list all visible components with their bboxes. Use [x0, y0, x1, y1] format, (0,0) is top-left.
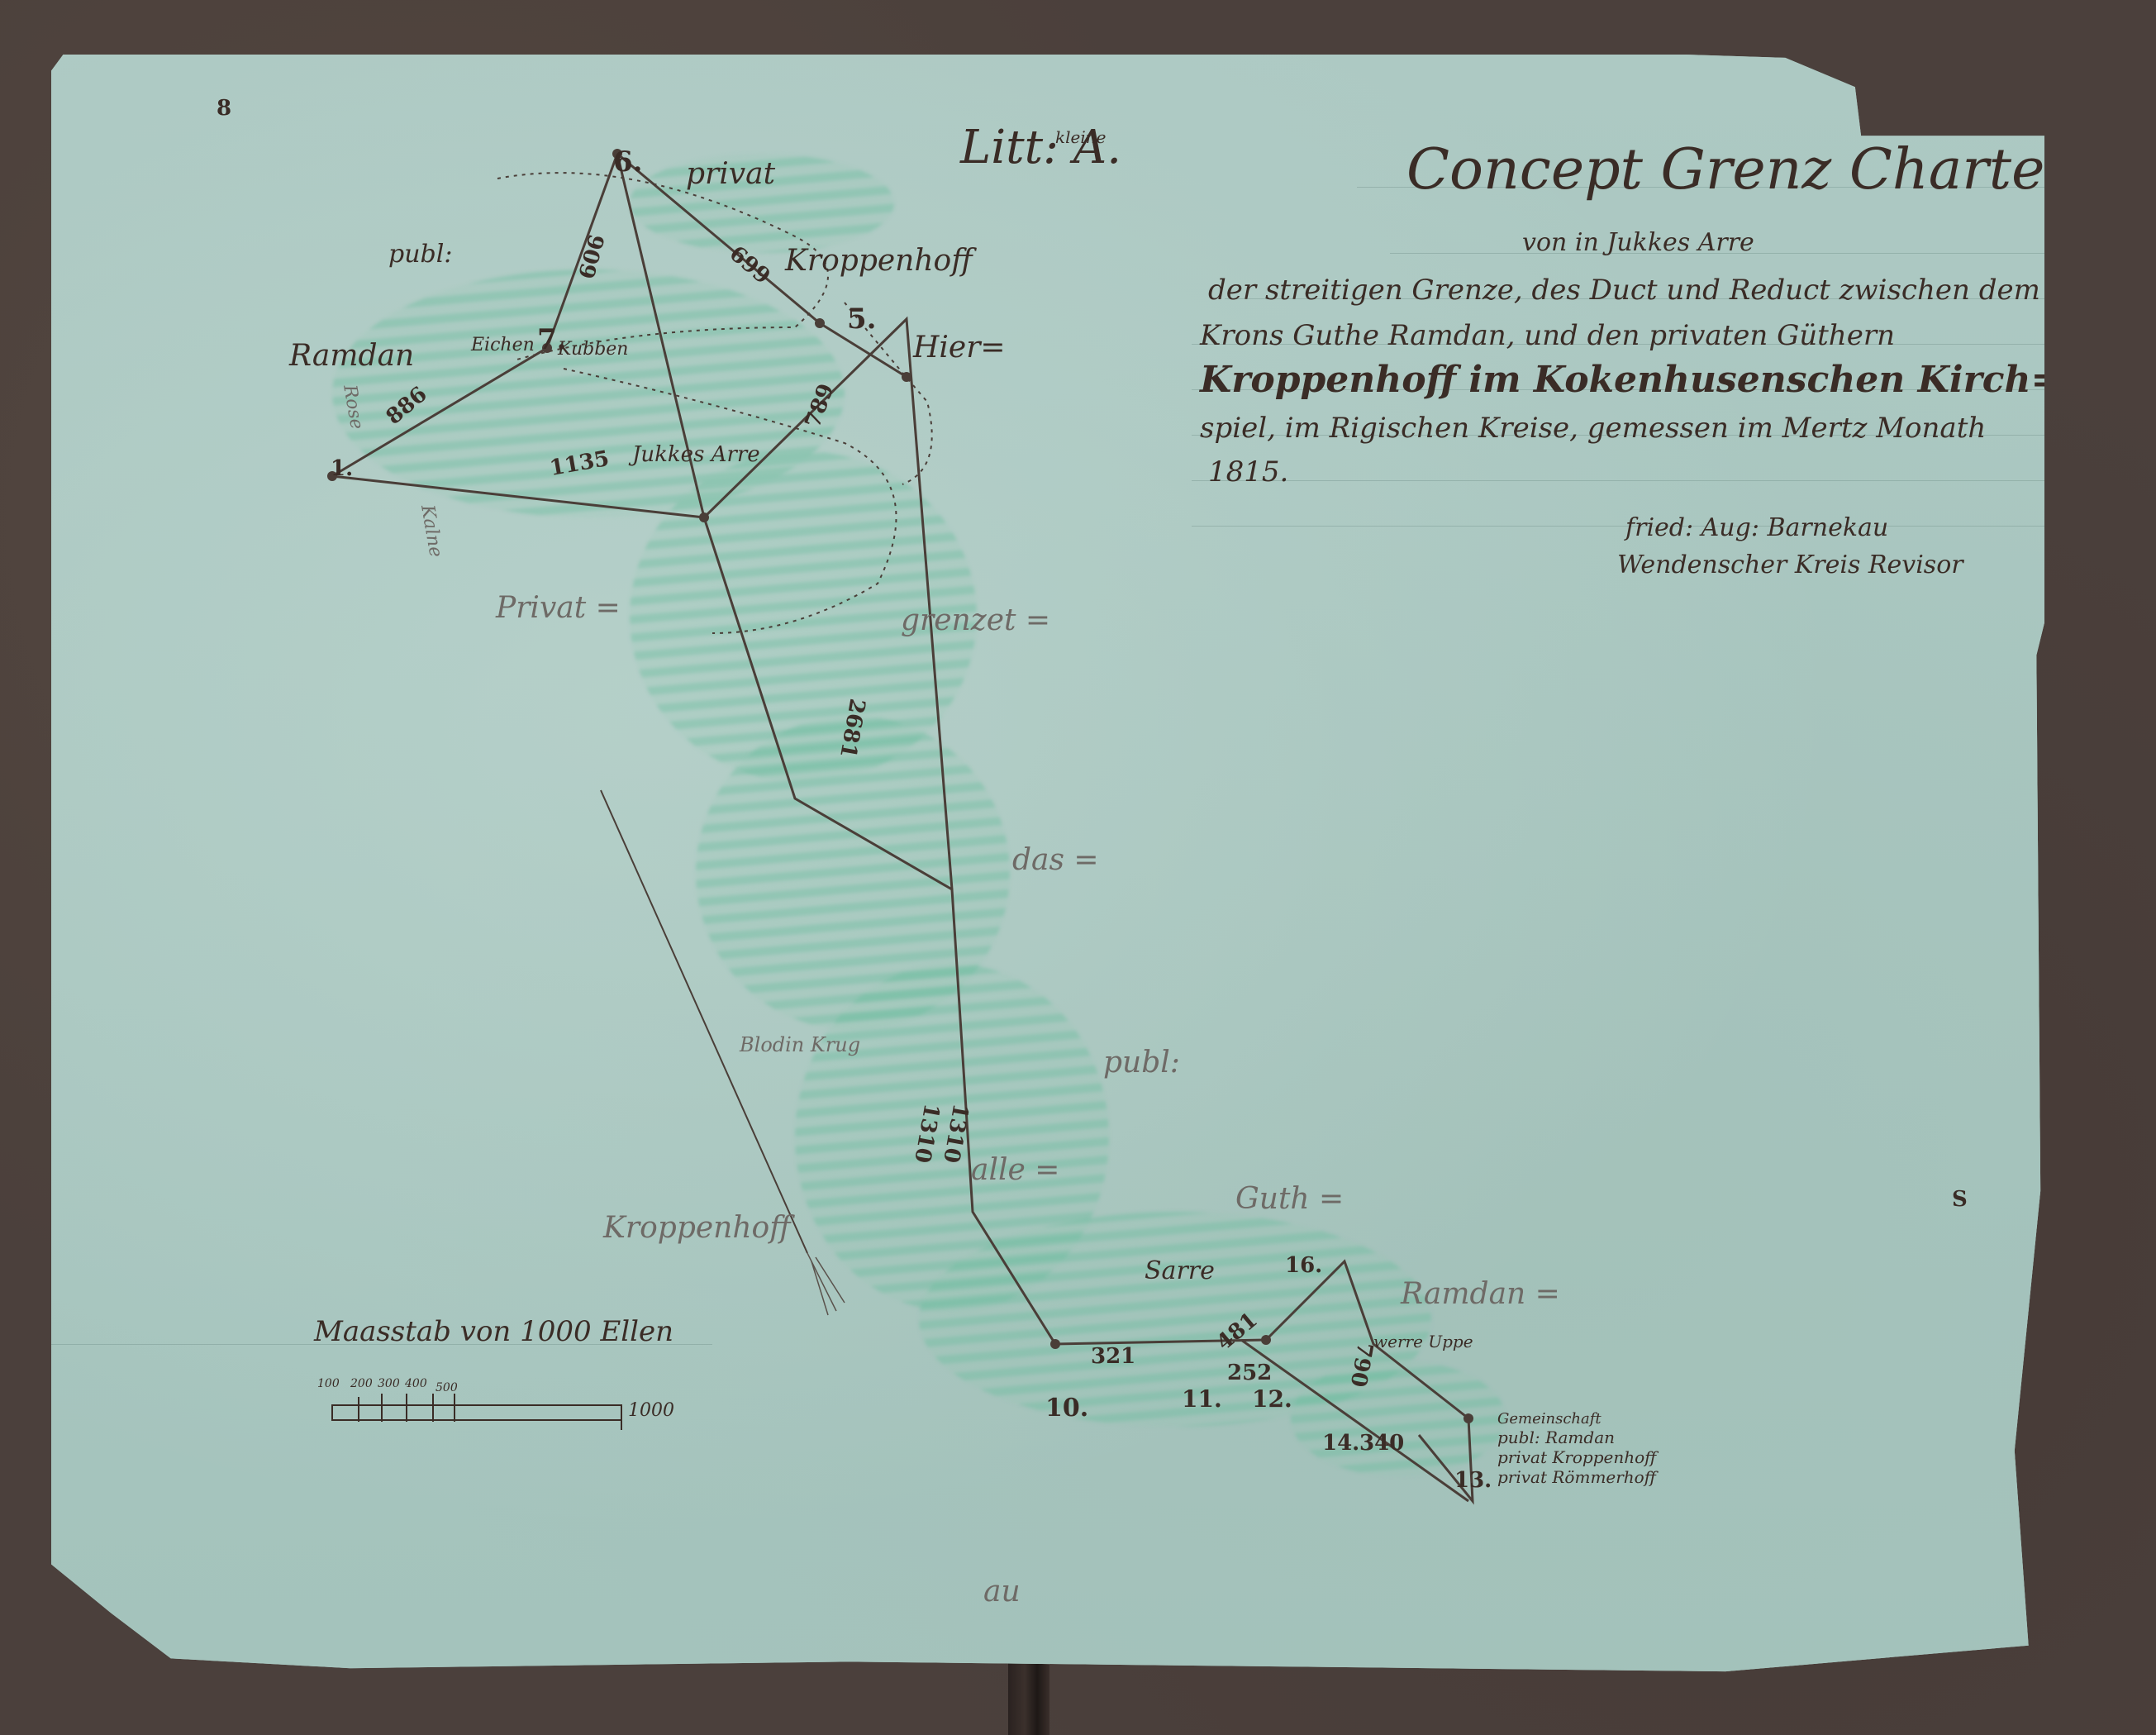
region-label-guth: Guth = — [1235, 1182, 1344, 1216]
distance-340: 340 — [1359, 1431, 1404, 1456]
region-label-privat-2: Privat = — [496, 591, 621, 625]
region-label-jukkes-arre: Jukkes Arre — [632, 442, 760, 467]
region-label-publ-2: publ: — [1103, 1046, 1180, 1080]
region-label-alle: alle = — [971, 1153, 1059, 1187]
book-binding — [1008, 1661, 1049, 1735]
legend-line-2: publ: Ramdan — [1497, 1428, 1656, 1447]
station-13: 13. — [1454, 1468, 1492, 1493]
region-label-sarre: Sarre — [1145, 1256, 1215, 1285]
station-7: 7. — [537, 323, 567, 356]
map-sheet: Concept Grenz Charte von in Jukkes Arre … — [51, 55, 2044, 1678]
station-6: 6. — [613, 145, 643, 179]
region-label-privat: privat — [686, 157, 775, 191]
scale-title: Maasstab von 1000 Ellen — [314, 1315, 673, 1348]
scale-tick-400: 400 — [405, 1377, 427, 1390]
scale-tick-200: 200 — [350, 1377, 373, 1390]
station-11: 11. — [1182, 1385, 1222, 1413]
region-label-au: au — [983, 1575, 1021, 1609]
scale-tick-100: 100 — [317, 1377, 340, 1390]
region-label-ramdan-2: Ramdan = — [1401, 1277, 1560, 1311]
legend-line-1: Gemeinschaft — [1497, 1410, 1656, 1428]
station-5: 5. — [847, 303, 877, 336]
legend-line-3: privat Kroppenhoff — [1497, 1447, 1656, 1467]
station-10: 10. — [1045, 1394, 1088, 1423]
scale-tick-500: 500 — [435, 1381, 458, 1394]
region-label-grenzet: grenzet = — [901, 603, 1050, 637]
region-label-hier: Hier= — [913, 331, 1006, 365]
note-werre-uppe: werre Uppe — [1373, 1332, 1473, 1351]
scale-tick-300: 300 — [378, 1377, 400, 1390]
region-label-ramdan: Ramdan — [289, 339, 414, 373]
scale-end-label: 1000 — [628, 1400, 674, 1421]
region-label-publ: publ: — [388, 240, 452, 269]
distance-252: 252 — [1227, 1361, 1272, 1385]
distance-321: 321 — [1091, 1344, 1135, 1369]
region-label-kroppenhoff-2: Kroppenhoff — [603, 1211, 791, 1245]
region-label-eichen: Eichen — [471, 335, 535, 355]
region-label-blodin-krug: Blodin Krug — [740, 1033, 860, 1056]
ownership-legend: Gemeinschaft publ: Ramdan privat Kroppen… — [1497, 1410, 1656, 1487]
region-label-kroppenhoff: Kroppenhoff — [785, 244, 973, 278]
station-1: 1. — [331, 456, 353, 481]
legend-line-4: privat Römmerhoff — [1497, 1467, 1656, 1487]
scale-bar — [299, 1361, 679, 1460]
region-label-das: das = — [1012, 843, 1099, 877]
station-15: 14. — [1322, 1431, 1359, 1456]
region-label-kubben: Kubben — [558, 339, 628, 360]
station-12: 12. — [1252, 1385, 1292, 1413]
station-16: 16. — [1285, 1253, 1322, 1278]
